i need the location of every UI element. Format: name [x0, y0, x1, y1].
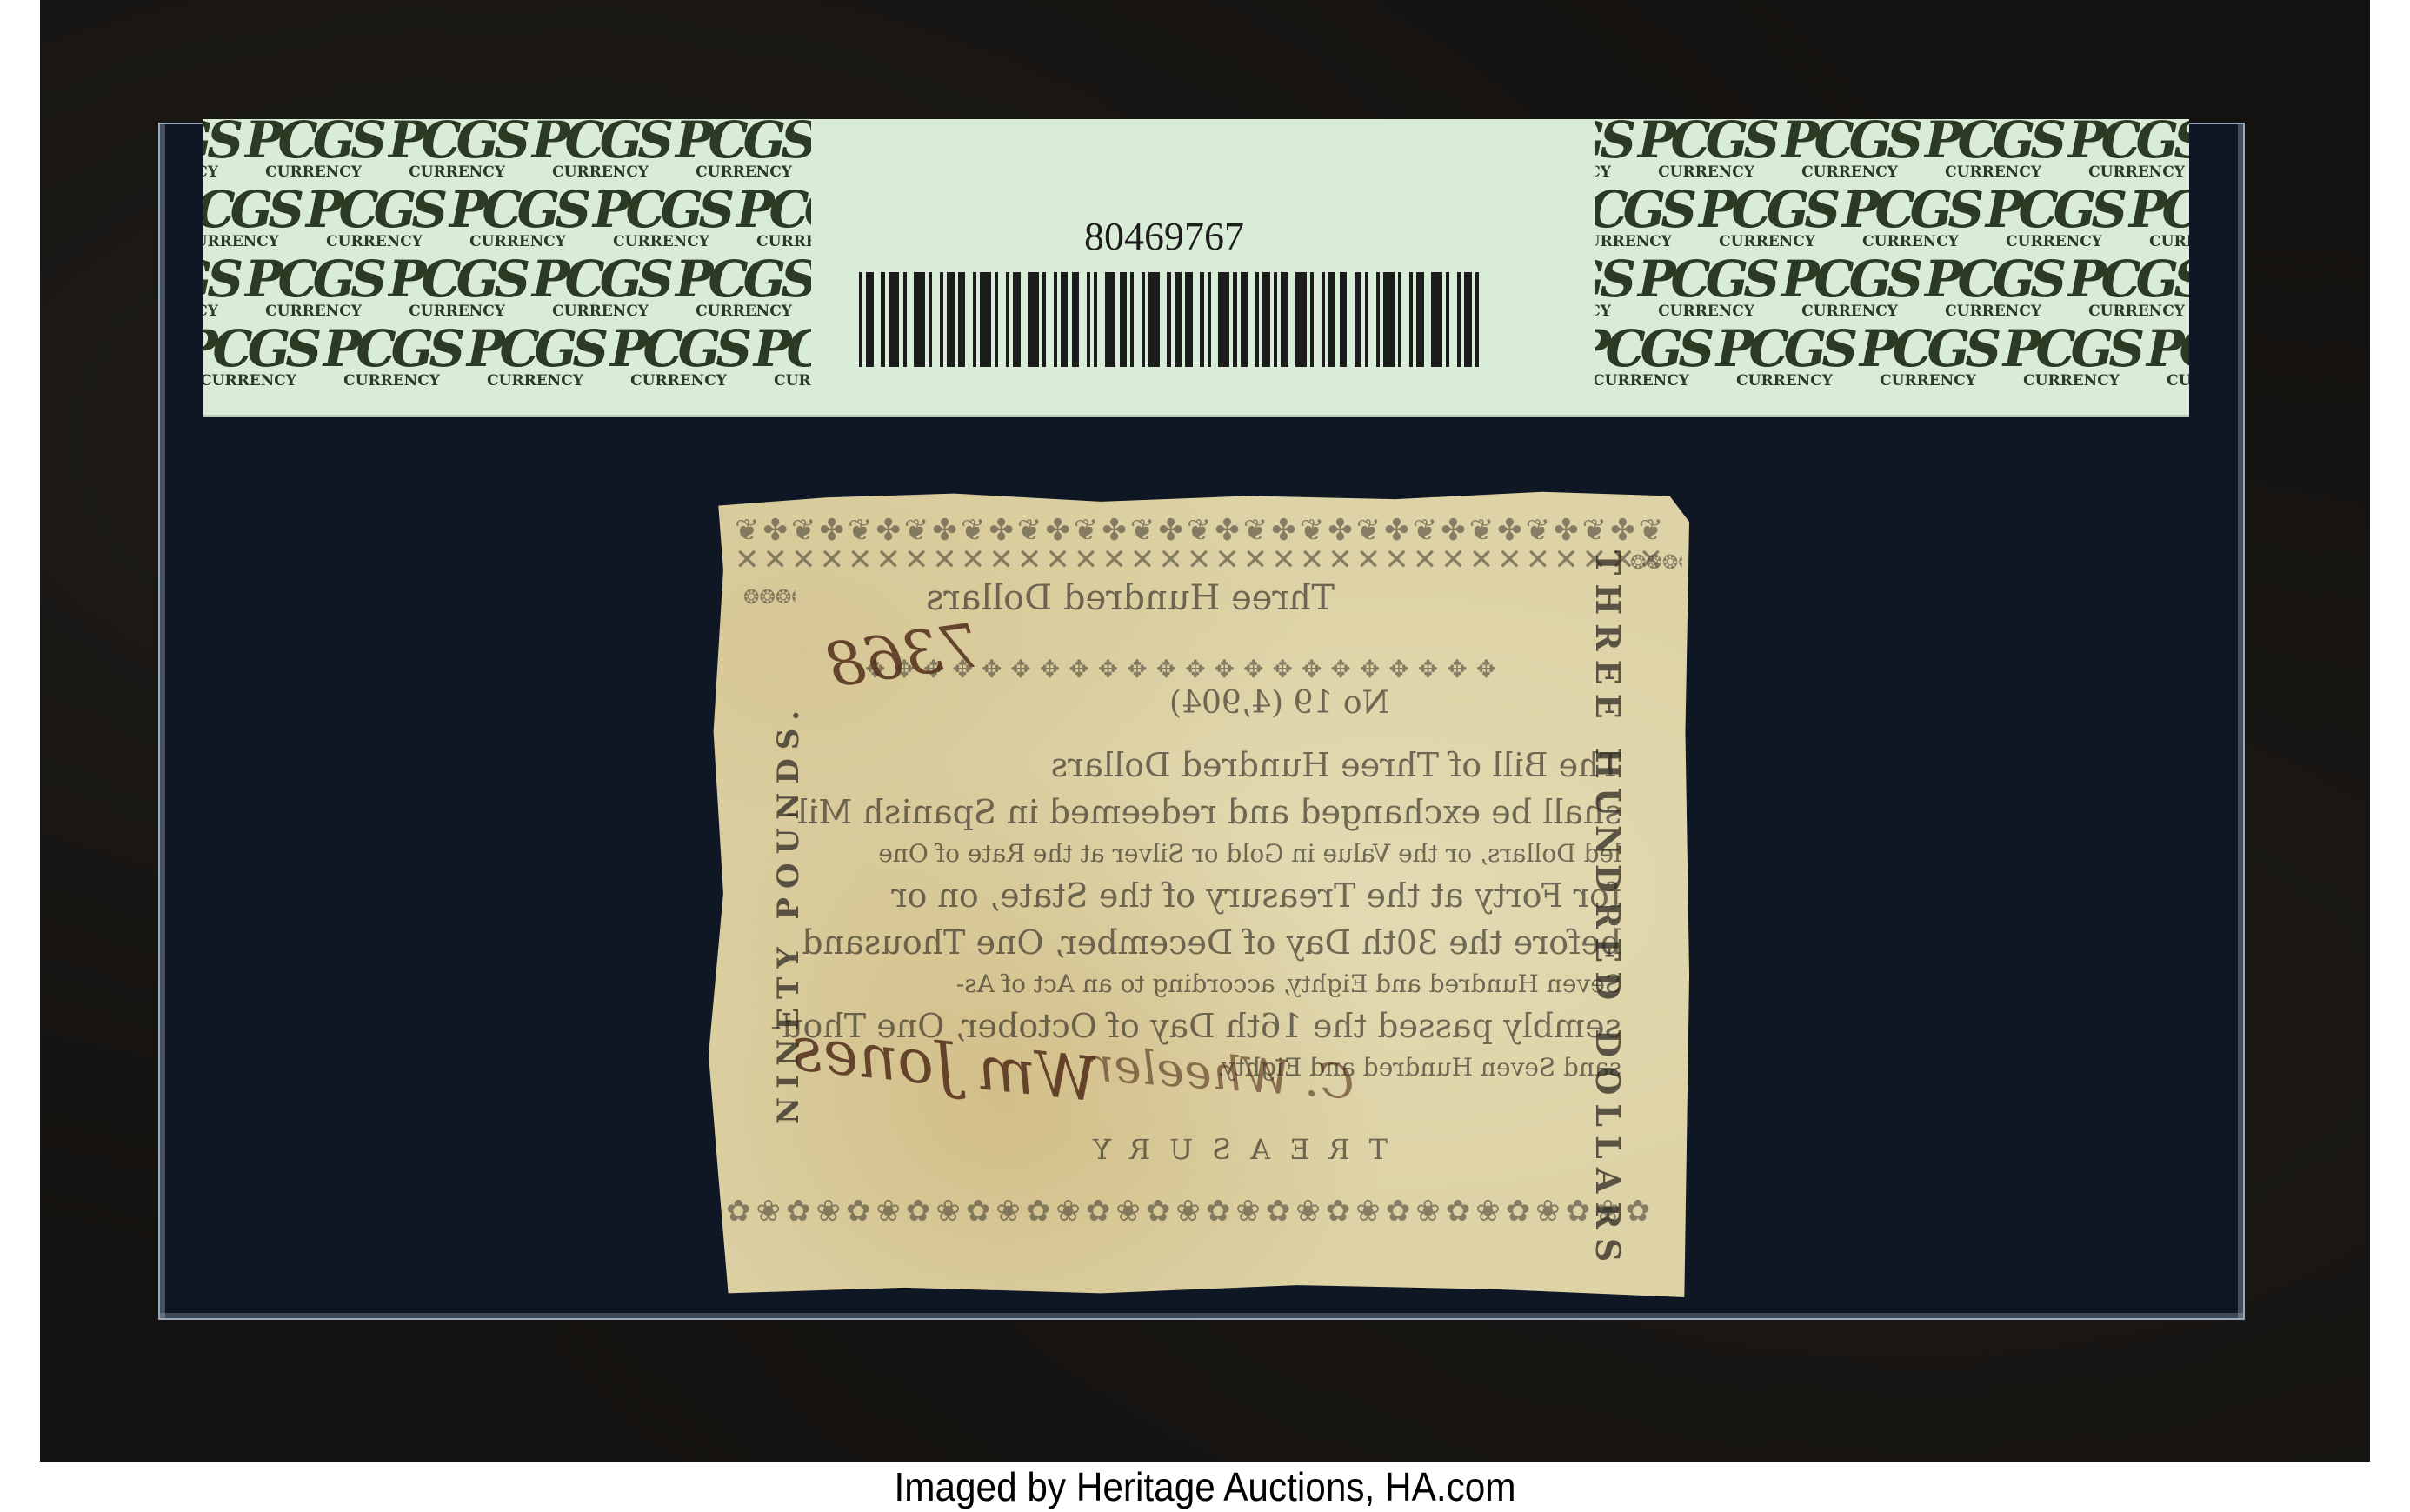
pcgs-logo: PCGSCURRENCY: [303, 185, 446, 250]
note-text-line: The Bill of Three Hundred Dollars: [839, 742, 1621, 789]
note-text-line: led Dollars, or the Value in Gold or Sil…: [839, 836, 1621, 872]
pcgs-logo: PCGSCURRENCY: [320, 324, 463, 389]
pcgs-logo-row: PCGSCURRENCYPCGSCURRENCYPCGSCURRENCYPCGS…: [1595, 119, 2189, 180]
banknote: ❦✤❦✤❦✤❦✤❦✤❦✤❦✤❦✤❦✤❦✤❦✤❦✤❦✤❦✤❦✤❦✤❦✤❦✕✕✕✕✕…: [709, 490, 1689, 1297]
pcgs-logo: PCGSCURRENCY: [1595, 324, 1713, 389]
pcgs-logo: PCGSCURRENCY: [385, 255, 529, 319]
pcgs-logo: PCGSCURRENCY: [2143, 324, 2189, 389]
pcgs-logo: PCGSCURRENCY: [750, 324, 811, 389]
pcgs-logo-row: PCGSCURRENCYPCGSCURRENCYPCGSCURRENCYPCGS…: [1595, 324, 2189, 389]
barcode: [859, 272, 1481, 367]
cert-number: 80469767: [1084, 213, 1244, 259]
pcgs-logo: PCGSCURRENCY: [1856, 324, 2000, 389]
note-text-line: shall be exchanged and redeemed in Spani…: [839, 789, 1621, 836]
pcgs-logo: PCGSCURRENCY: [1778, 119, 1921, 180]
pcgs-logo: PCGSCURRENCY: [2000, 324, 2143, 389]
pcgs-logo: PCGSCURRENCY: [1921, 119, 2065, 180]
pcgs-logo: PCGSCURRENCY: [203, 185, 303, 250]
pcgs-logo: PCGSCURRENCY: [529, 255, 672, 319]
note-serial-line: No 19 (4,904): [1169, 685, 1389, 721]
right-ornament-column: ❂❂❂❂❂❂❂❂❂❂❂❂❂❂❂❂❂❂❂❂❂❂❂❂❂❂: [1630, 550, 1682, 1211]
pcgs-logo-pattern-left: PCGSCURRENCYPCGSCURRENCYPCGSCURRENCYPCGS…: [203, 119, 811, 415]
pcgs-logo: PCGSCURRENCY: [1921, 255, 2065, 319]
top-ornament-border: ❦✤❦✤❦✤❦✤❦✤❦✤❦✤❦✤❦✤❦✤❦✤❦✤❦✤❦✤❦✤❦✤❦✤❦✕✕✕✕✕…: [735, 516, 1665, 576]
pcgs-logo: PCGSCURRENCY: [1778, 255, 1921, 319]
pcgs-logo: PCGSCURRENCY: [2065, 255, 2189, 319]
bottom-ornament-border: ✿❀✿❀✿❀✿❀✿❀✿❀✿❀✿❀✿❀✿❀✿❀✿❀✿❀✿❀✿❀✿: [726, 1185, 1674, 1237]
pcgs-logo: PCGSCURRENCY: [672, 255, 811, 319]
pcgs-logo-row: PCGSCURRENCYPCGSCURRENCYPCGSCURRENCYPCGS…: [203, 119, 811, 180]
pcgs-logo: PCGSCURRENCY: [203, 119, 242, 180]
pcgs-logo: PCGSCURRENCY: [242, 255, 385, 319]
note-footer-text: TREASURY: [1074, 1133, 1388, 1166]
pcgs-logo: PCGSCURRENCY: [733, 185, 811, 250]
pcgs-label: PCGSCURRENCYPCGSCURRENCYPCGSCURRENCYPCGS…: [203, 119, 2189, 417]
pcgs-logo: PCGSCURRENCY: [1595, 119, 1634, 180]
vertical-text-three-hundred-dollars: THREE HUNDRED DOLLARS: [1588, 550, 1628, 1270]
pcgs-logo: PCGSCURRENCY: [1595, 185, 1695, 250]
pcgs-logo: PCGSCURRENCY: [1634, 119, 1778, 180]
pcgs-logo-pattern-right: PCGSCURRENCYPCGSCURRENCYPCGSCURRENCYPCGS…: [1595, 119, 2189, 415]
pcgs-logo: PCGSCURRENCY: [242, 119, 385, 180]
pcgs-logo: PCGSCURRENCY: [203, 324, 320, 389]
manuscript-serial: 7368: [822, 609, 985, 702]
pcgs-logo-row: PCGSCURRENCYPCGSCURRENCYPCGSCURRENCYPCGS…: [1595, 255, 2189, 319]
note-text-line: for Forty at the Treasury of the State, …: [839, 872, 1621, 919]
pcgs-logo: PCGSCURRENCY: [589, 185, 733, 250]
pcgs-logo: PCGSCURRENCY: [1839, 185, 1982, 250]
note-header-denomination: Three Hundred Dollars: [926, 578, 1335, 618]
pcgs-logo: PCGSCURRENCY: [1982, 185, 2126, 250]
pcgs-logo: PCGSCURRENCY: [607, 324, 750, 389]
pcgs-logo: PCGSCURRENCY: [463, 324, 607, 389]
pcgs-logo: PCGSCURRENCY: [1695, 185, 1839, 250]
pcgs-logo: PCGSCURRENCY: [1595, 255, 1634, 319]
pcgs-logo: PCGSCURRENCY: [2126, 185, 2189, 250]
pcgs-logo: PCGSCURRENCY: [529, 119, 672, 180]
pcgs-logo: PCGSCURRENCY: [203, 255, 242, 319]
pcgs-logo-row: PCGSCURRENCYPCGSCURRENCYPCGSCURRENCYPCGS…: [203, 185, 811, 250]
pcgs-logo: PCGSCURRENCY: [1634, 255, 1778, 319]
image-credit: Imaged by Heritage Auctions, HA.com: [97, 1462, 2313, 1512]
pcgs-logo-row: PCGSCURRENCYPCGSCURRENCYPCGSCURRENCYPCGS…: [203, 324, 811, 389]
pcgs-logo-row: PCGSCURRENCYPCGSCURRENCYPCGSCURRENCYPCGS…: [203, 255, 811, 319]
note-text-line: Seven Hundred and Eighty, according to a…: [839, 966, 1621, 1002]
pcgs-logo: PCGSCURRENCY: [672, 119, 811, 180]
pcgs-logo: PCGSCURRENCY: [385, 119, 529, 180]
pcgs-logo: PCGSCURRENCY: [446, 185, 589, 250]
pcgs-logo-row: PCGSCURRENCYPCGSCURRENCYPCGSCURRENCYPCGS…: [1595, 185, 2189, 250]
pcgs-logo: PCGSCURRENCY: [2065, 119, 2189, 180]
note-text-line: before the 30th Day of December, One Tho…: [839, 919, 1621, 966]
pcgs-logo: PCGSCURRENCY: [1713, 324, 1856, 389]
